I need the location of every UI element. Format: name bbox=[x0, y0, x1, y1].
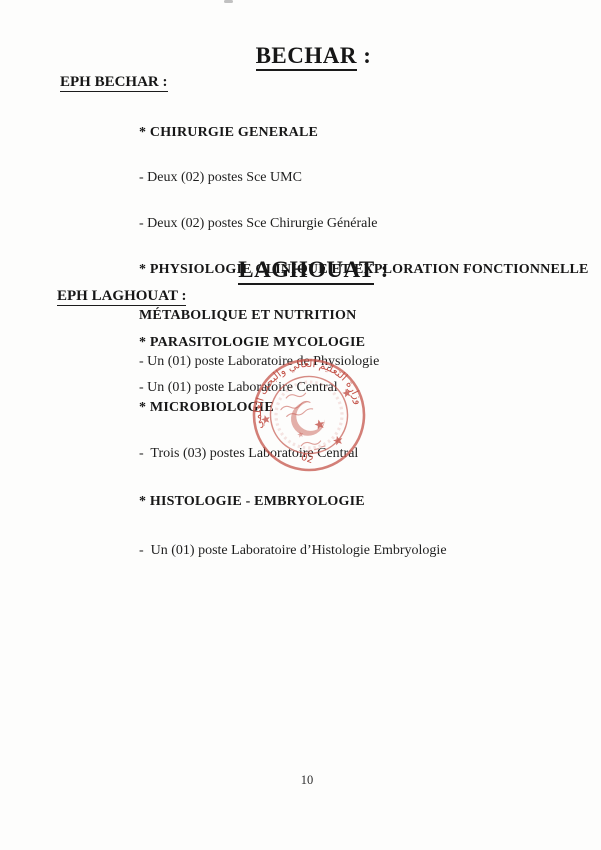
specialty-line: * HISTOLOGIE - EMBRYOLOGIE bbox=[139, 494, 589, 509]
post-line: - Deux (02) postes Sce Chirurgie Général… bbox=[139, 216, 589, 231]
hospital-heading-laghouat: EPH LAGHOUAT : bbox=[57, 288, 186, 304]
section-title-bechar: BECHAR : bbox=[26, 43, 601, 69]
stamp-crescent bbox=[287, 398, 328, 439]
section-title-colon: : bbox=[374, 257, 388, 282]
post-line: - Un (01) poste Laboratoire d’Histologie… bbox=[139, 543, 589, 558]
specialty-line: * CHIRURGIE GENERALE bbox=[139, 125, 589, 140]
ministry-stamp: وزارة التعليم العالي والبحث العلمي 02 bbox=[247, 353, 371, 477]
section-title-colon: : bbox=[357, 43, 371, 68]
section-title-laghouat: LAGHOUAT : bbox=[26, 257, 601, 283]
scan-artifact bbox=[224, 0, 233, 3]
stamp-number: 02 bbox=[300, 452, 315, 466]
hospital-heading-text: EPH BECHAR : bbox=[60, 74, 168, 92]
post-line: - Deux (02) postes Sce UMC bbox=[139, 170, 589, 185]
section-title-text: BECHAR bbox=[256, 43, 357, 71]
document-page: BECHAR : EPH BECHAR : * CHIRURGIE GENERA… bbox=[0, 0, 601, 850]
specialty-line: * PARASITOLOGIE MYCOLOGIE bbox=[139, 335, 365, 350]
hospital-heading-bechar: EPH BECHAR : bbox=[60, 74, 168, 90]
page-number: 10 bbox=[13, 773, 601, 788]
section-title-text: LAGHOUAT bbox=[238, 257, 374, 285]
